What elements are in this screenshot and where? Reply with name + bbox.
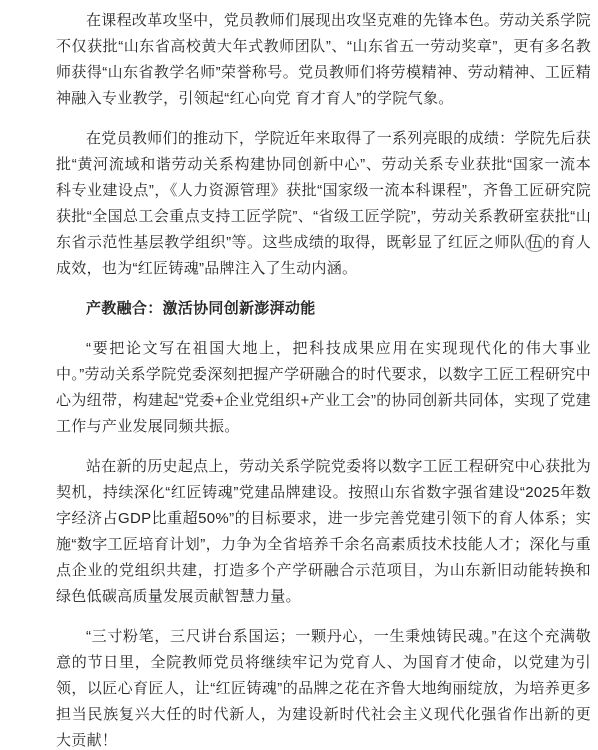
text-run: 站在新的历史起点上，劳动关系学院党委将以数字工匠工程研究中心获批为契机，持续深化… xyxy=(56,458,591,605)
body-paragraph: 在课程改革攻坚中，党员教师们展现出攻坚克难的先锋本色。劳动关系学院不仅获批“山东… xyxy=(56,8,591,112)
body-paragraph: 站在新的历史起点上，劳动关系学院党委将以数字工匠工程研究中心获批为契机，持续深化… xyxy=(56,454,591,610)
proofing-circled-char: 伍 xyxy=(525,234,544,252)
document-page: 在课程改革攻坚中，党员教师们展现出攻坚克难的先锋本色。劳动关系学院不仅获批“山东… xyxy=(0,0,598,750)
body-paragraph: 在党员教师们的推动下，学院近年来取得了一系列亮眼的成绩：学院先后获批“黄河流域和… xyxy=(56,126,591,282)
text-run: “要把论文写在祖国大地上，把科技成果应用在实现现代化的伟大事业中。”劳动关系学院… xyxy=(56,340,591,435)
body-paragraph: “要把论文写在祖国大地上，把科技成果应用在实现现代化的伟大事业中。”劳动关系学院… xyxy=(56,336,591,440)
text-run: 在课程改革攻坚中，党员教师们展现出攻坚克难的先锋本色。劳动关系学院不仅获批“山东… xyxy=(56,12,591,107)
section-heading: 产教融合：激活协同创新澎湃动能 xyxy=(56,296,591,322)
text-run: 产教融合：激活协同创新澎湃动能 xyxy=(86,300,316,317)
text-run: 在党员教师们的推动下，学院近年来取得了一系列亮眼的成绩：学院先后获批“黄河流域和… xyxy=(56,130,591,251)
document-content: 在课程改革攻坚中，党员教师们展现出攻坚克难的先锋本色。劳动关系学院不仅获批“山东… xyxy=(56,8,591,750)
body-paragraph: “三寸粉笔，三尺讲台系国运；一颗丹心，一生秉烛铸民魂。”在这个充满敬意的节日里，… xyxy=(56,624,591,750)
text-run: “三寸粉笔，三尺讲台系国运；一颗丹心，一生秉烛铸民魂。”在这个充满敬意的节日里，… xyxy=(56,628,591,749)
